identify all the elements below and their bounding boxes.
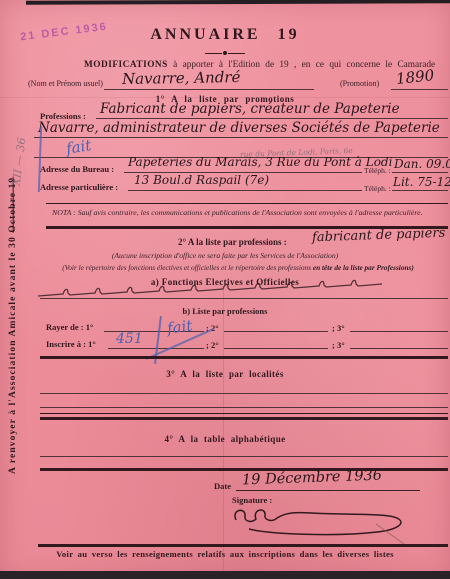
rule-thick-section4-end — [40, 468, 448, 471]
rayer-line-3 — [350, 331, 448, 332]
section3-heading: 3° A la liste par localités — [0, 369, 450, 379]
inscrire-seg3: ; 3° — [332, 340, 345, 350]
localites-blank-line-1 — [40, 393, 448, 394]
blue-number-451: 451 — [116, 331, 143, 347]
title-ornament — [205, 51, 245, 55]
return-instruction-text: A renvoyer à l'Association Amicale avant… — [8, 233, 18, 474]
section2-note2-bold: en tête de la liste par Professions) — [313, 263, 414, 272]
inscrire-seg2: ; 2° — [206, 340, 219, 350]
home-address-value: 13 Boul.d Raspail (7e) — [134, 173, 269, 187]
rule-thick-section2-end — [40, 356, 448, 359]
scanned-form-page: 21 DEC 1936 ANNUAIRE 19 MODIFICATIONS à … — [0, 0, 450, 579]
inscrire-label: Inscrire à : 1° — [46, 339, 96, 349]
blue-fait-word: fait — [166, 317, 193, 338]
bureau-tel-label: Téléph. : — [364, 166, 391, 175]
name-value: Navarre, André — [122, 68, 241, 88]
home-tel-value: Lit. 75-12 — [393, 175, 450, 189]
section2-note2: (Voir le répertoire des fonctions électi… — [30, 263, 446, 272]
inscrire-line-3 — [350, 348, 448, 349]
blue-fait-note: fait — [65, 136, 93, 158]
promotion-value: 1890 — [395, 66, 435, 88]
home-address-line — [128, 190, 362, 191]
professions-line1 — [96, 118, 448, 119]
nota-text: NOTA : Sauf avis contraire, les communic… — [52, 208, 423, 217]
promotion-line — [391, 89, 448, 90]
date-label: Date — [214, 481, 231, 491]
home-address-label: Adresse particulière : — [40, 182, 118, 192]
scan-edge-top — [26, 0, 450, 5]
bureau-tel-line — [392, 172, 448, 173]
date-line — [236, 490, 420, 491]
modifications-line: MODIFICATIONS à apporter à l'Edition de … — [84, 60, 435, 70]
fold-crease-vertical — [223, 290, 224, 571]
scan-edge-bottom — [0, 571, 450, 579]
home-tel-label: Téléph. : — [364, 184, 391, 193]
bureau-tel-value: Dan. 09.04 — [394, 157, 450, 171]
rule-thick-section3-end — [40, 417, 448, 420]
section2-note2-normal: (Voir le répertoire des fonctions électi… — [62, 263, 313, 272]
name-label: (Nom et Prénom usuel) — [28, 79, 103, 88]
section2-note1: (Aucune inscription d'office ne sera fai… — [0, 251, 450, 260]
rayer-seg3: ; 3° — [332, 323, 345, 333]
section2-heading-value: fabricant de papiers — [312, 226, 446, 246]
table-blank-line — [40, 456, 448, 457]
signature-scribble — [226, 500, 418, 548]
rule-thick-footer — [38, 544, 448, 547]
name-line — [104, 89, 314, 90]
professions-value-line2: Navarre, administrateur de diverses Soci… — [38, 120, 440, 136]
rayer-label: Rayer de : 1° — [46, 322, 93, 332]
inscrire-line-2 — [224, 348, 328, 349]
date-value: 19 Décembre 1936 — [242, 468, 383, 489]
rayer-line-2 — [224, 331, 328, 332]
rule-thin-above-nota — [46, 203, 448, 204]
bureau-address-label: Adresse du Bureau : — [40, 164, 114, 174]
home-tel-line — [392, 190, 448, 191]
strikeout-squiggle — [36, 285, 418, 301]
rule-thin-section3-end — [40, 413, 448, 414]
verso-note: Voir au verso les renseignements relatif… — [0, 549, 450, 559]
professions-value-line1: Fabricant de papiers, créateur de Papete… — [100, 101, 400, 117]
bureau-address-value: Papeteries du Marais, 3 Rue du Pont à Lo… — [128, 155, 392, 169]
page-title: ANNUAIRE 19 — [0, 26, 450, 44]
section2-heading: 2° A la liste par professions : — [178, 237, 287, 247]
localites-blank-line-2 — [40, 407, 448, 408]
section4-heading: 4° A la table alphabétique — [0, 434, 450, 444]
section2-sub-b: b) Liste par professions — [0, 306, 450, 316]
professions-line2 — [34, 137, 448, 138]
promotion-label: (Promotion) — [340, 79, 379, 88]
